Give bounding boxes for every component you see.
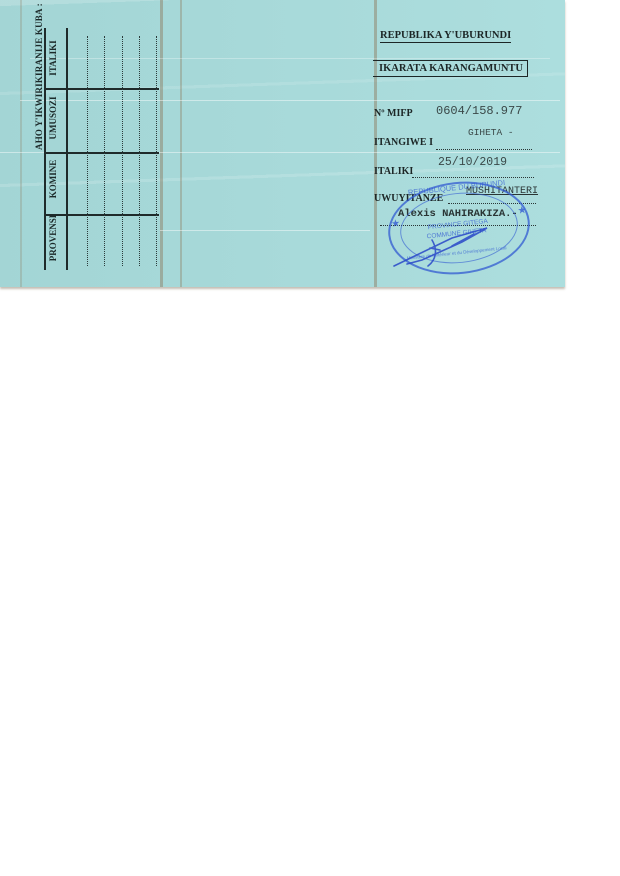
republic-heading: REPUBLIKA Y'UBURUNDI	[380, 30, 511, 43]
column-header-italiki: ITALIKI	[48, 33, 58, 83]
date-label: ITALIKI	[374, 166, 413, 177]
table-border	[44, 28, 46, 270]
id-card: AHO Y'IKWIRIKIRANIJE KUBA : PROVENSI KOM…	[0, 0, 565, 287]
mifp-number: 0604/158.977	[436, 104, 522, 118]
entry-row-line	[156, 36, 157, 266]
middle-panel-blank	[160, 0, 374, 287]
mifp-label: Nº MIFP	[374, 108, 413, 119]
star-icon: ★	[517, 205, 527, 217]
table-divider	[44, 88, 159, 90]
date-value: 25/10/2019	[438, 156, 507, 169]
left-panel-address-table: AHO Y'IKWIRIKIRANIJE KUBA : PROVENSI KOM…	[0, 0, 160, 287]
column-header-komine: KOMINE	[48, 154, 58, 204]
entry-row-line	[104, 36, 105, 266]
signature	[392, 220, 502, 270]
table-divider	[44, 152, 159, 154]
table-border	[66, 28, 68, 270]
table-divider	[44, 214, 159, 216]
card-title: IKARATA KARANGAMUNTU	[373, 60, 528, 77]
entry-row-line	[122, 36, 123, 266]
issued-at-label: ITANGIWE I	[374, 137, 433, 148]
column-header-umusozi: UMUSOZI	[48, 93, 58, 143]
issued-at-value: GIHETA -	[468, 127, 514, 138]
entry-row-line	[87, 36, 88, 266]
issued-at-dotted-line	[436, 149, 532, 150]
column-header-provensi: PROVENSI	[48, 213, 58, 263]
residence-table: AHO Y'IKWIRIKIRANIJE KUBA : PROVENSI KOM…	[28, 28, 158, 270]
date-dotted-line	[412, 177, 534, 178]
entry-row-line	[139, 36, 140, 266]
